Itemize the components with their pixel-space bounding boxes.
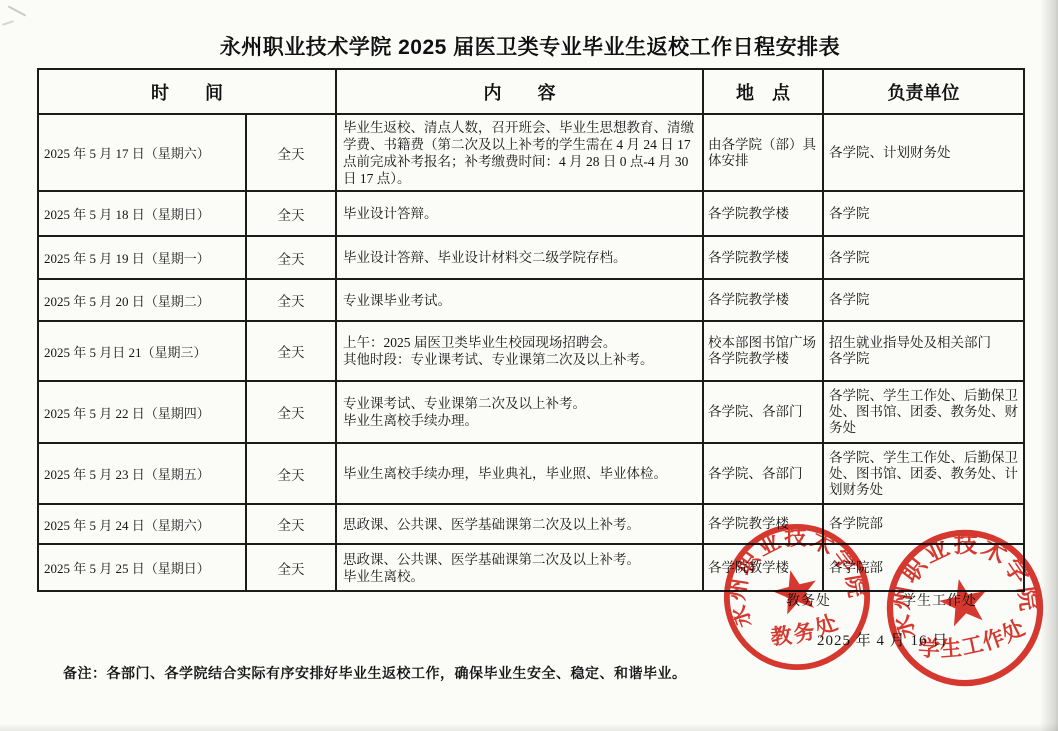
table-row: 2025 年 5 月 24 日（星期六） 全天 思政课、公共课、医学基础课第二次… bbox=[38, 504, 1024, 544]
content-cell: 毕业生离校手续办理，毕业典礼，毕业照、毕业体检。 bbox=[336, 443, 703, 504]
date-cell: 2025 年 5 月 23 日（星期五） bbox=[38, 443, 246, 504]
date-cell: 2025 年 5 月 17 日（星期六） bbox=[38, 114, 246, 191]
table-row: 2025 年 5 月 23 日（星期五） 全天 毕业生离校手续办理，毕业典礼，毕… bbox=[38, 443, 1024, 504]
page-title: 永州职业技术学院 2025 届医卫类专业毕业生返校工作日程安排表 bbox=[37, 31, 1023, 61]
location-cell: 校本部图书馆广场 各学院教学楼 bbox=[703, 321, 823, 381]
content-cell: 毕业生返校、清点人数，召开班会、毕业生思想教育、清缴学费、书籍费（第二次及以上补… bbox=[336, 114, 703, 191]
location-cell: 各学院、各部门 bbox=[703, 381, 823, 443]
date-cell: 2025 年 5 月 20 日（星期二） bbox=[38, 279, 246, 321]
footer-note: 备注：各部门、各学院结合实际有序安排好毕业生返校工作，确保毕业生安全、稳定、和谐… bbox=[63, 663, 687, 683]
scan-edge-shadow bbox=[0, 723, 1058, 731]
unit-cell: 各学院 bbox=[823, 236, 1024, 279]
table-row: 2025 年 5 月 25 日（星期日） 全天 思政课、公共课、医学基础课第二次… bbox=[38, 544, 1024, 591]
content-cell: 毕业设计答辩、毕业设计材料交二级学院存档。 bbox=[336, 236, 703, 279]
content-cell: 专业课考试、专业课第二次及以上补考。 毕业生离校手续办理。 bbox=[336, 381, 703, 443]
table-row: 2025 年 5 月日 21（星期三） 全天 上午：2025 届医卫类毕业生校园… bbox=[38, 321, 1024, 381]
allday-cell: 全天 bbox=[246, 114, 336, 191]
issuer-department-left: 教务处 bbox=[786, 590, 831, 610]
content-cell: 思政课、公共课、医学基础课第二次及以上补考。 毕业生离校。 bbox=[336, 544, 703, 591]
header-unit: 负责单位 bbox=[823, 69, 1024, 114]
allday-cell: 全天 bbox=[246, 279, 336, 321]
allday-cell: 全天 bbox=[246, 236, 336, 279]
location-cell: 各学院、各部门 bbox=[703, 443, 823, 504]
location-cell: 各学院教学楼 bbox=[703, 544, 823, 591]
allday-cell: 全天 bbox=[246, 381, 336, 443]
date-cell: 2025 年 5 月 24 日（星期六） bbox=[38, 504, 246, 544]
allday-cell: 全天 bbox=[246, 544, 336, 591]
date-cell: 2025 年 5 月 25 日（星期日） bbox=[38, 544, 246, 591]
content-cell: 毕业设计答辩。 bbox=[336, 191, 703, 236]
location-cell: 各学院教学楼 bbox=[703, 191, 823, 236]
table-row: 2025 年 5 月 22 日（星期四） 全天 专业课考试、专业课第二次及以上补… bbox=[38, 381, 1024, 443]
table-row: 2025 年 5 月 18 日（星期日） 全天 毕业设计答辩。 各学院教学楼 各… bbox=[38, 191, 1024, 236]
header-location: 地 点 bbox=[703, 69, 823, 114]
unit-cell: 各学院、学生工作处、后勤保卫处、图书馆、团委、教务处、计划财务处 bbox=[823, 443, 1024, 504]
unit-cell: 各学院 bbox=[823, 279, 1024, 321]
date-cell: 2025 年 5 月 19 日（星期一） bbox=[38, 236, 246, 279]
date-cell: 2025 年 5 月 22 日（星期四） bbox=[38, 381, 246, 443]
unit-cell: 招生就业指导处及相关部门 各学院 bbox=[823, 321, 1024, 381]
scan-edge-shadow bbox=[1040, 0, 1058, 731]
table-row: 2025 年 5 月 20 日（星期二） 全天 专业课毕业考试。 各学院教学楼 … bbox=[38, 279, 1024, 321]
unit-cell: 各学院部 bbox=[823, 544, 1024, 591]
table-row: 2025 年 5 月 17 日（星期六） 全天 毕业生返校、清点人数，召开班会、… bbox=[38, 114, 1024, 191]
content-cell: 思政课、公共课、医学基础课第二次及以上补考。 bbox=[336, 504, 703, 544]
allday-cell: 全天 bbox=[246, 191, 336, 236]
unit-cell: 各学院、计划财务处 bbox=[823, 114, 1024, 191]
location-cell: 各学院教学楼 bbox=[703, 504, 823, 544]
allday-cell: 全天 bbox=[246, 504, 336, 544]
unit-cell: 各学院 bbox=[823, 191, 1024, 236]
allday-cell: 全天 bbox=[246, 321, 336, 381]
content-cell: 上午：2025 届医卫类毕业生校园现场招聘会。 其他时段：专业课考试、专业课第二… bbox=[336, 321, 703, 381]
date-cell: 2025 年 5 月 18 日（星期日） bbox=[38, 191, 246, 236]
unit-cell: 各学院、学生工作处、后勤保卫处、图书馆、团委、教务处、财务处 bbox=[823, 381, 1024, 443]
allday-cell: 全天 bbox=[246, 443, 336, 504]
location-cell: 各学院教学楼 bbox=[703, 236, 823, 279]
location-cell: 各学院教学楼 bbox=[703, 279, 823, 321]
header-time: 时 间 bbox=[38, 69, 336, 114]
date-cell: 2025 年 5 月日 21（星期三） bbox=[38, 321, 246, 381]
scan-smudge-mark bbox=[2, 20, 14, 26]
table-header-row: 时 间 内 容 地 点 负责单位 bbox=[38, 69, 1024, 114]
location-cell: 由各学院（部）具体安排 bbox=[703, 114, 823, 191]
header-content: 内 容 bbox=[336, 69, 703, 114]
table-row: 2025 年 5 月 19 日（星期一） 全天 毕业设计答辩、毕业设计材料交二级… bbox=[38, 236, 1024, 279]
unit-cell: 各学院部 bbox=[823, 504, 1024, 544]
content-cell: 专业课毕业考试。 bbox=[336, 279, 703, 321]
scan-smudge-mark bbox=[8, 5, 27, 16]
schedule-table: 时 间 内 容 地 点 负责单位 2025 年 5 月 17 日（星期六） 全天… bbox=[37, 68, 1025, 592]
issue-date: 2025 年 4 月 16 日 bbox=[817, 629, 948, 650]
issuer-department-right: 学生工作处 bbox=[902, 590, 977, 610]
